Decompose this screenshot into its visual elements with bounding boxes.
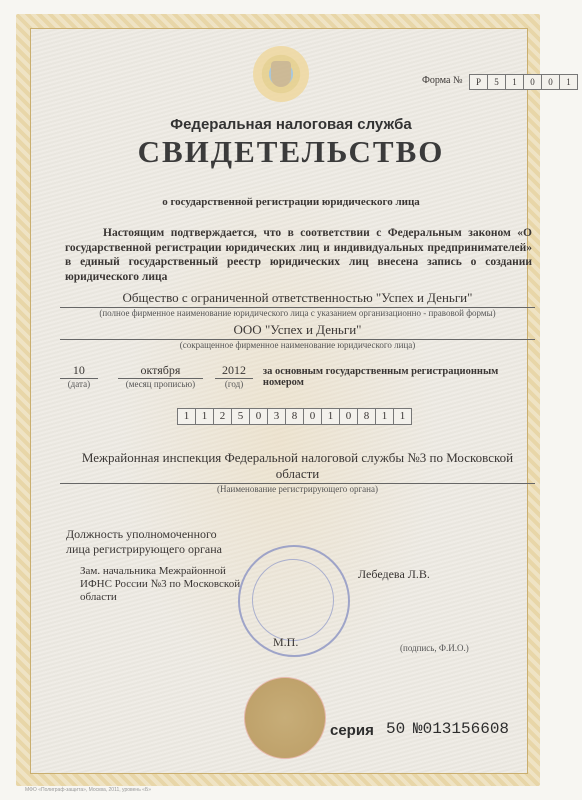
form-number-cell: 1 — [505, 74, 524, 90]
full-name-caption: (полное фирменное наименование юридическ… — [60, 308, 535, 318]
position-label: Должность уполномоченного лица регистрир… — [66, 527, 236, 557]
ogrn-digit-cell: 0 — [303, 408, 322, 425]
series-value: 50 — [386, 720, 405, 738]
date-month: октября (месяц прописью) — [118, 363, 203, 389]
short-name-caption: (сокращенное фирменное наименование юрид… — [60, 340, 535, 350]
ogrn-digit-cell: 8 — [357, 408, 376, 425]
date-day: 10 (дата) — [60, 363, 98, 389]
form-number-cell: 0 — [541, 74, 560, 90]
document-subtitle: о государственной регистрации юридическо… — [0, 196, 582, 208]
date-year: 2012 (год) — [215, 363, 253, 389]
form-number: Р51001 — [470, 74, 578, 90]
authority-value: Межрайонная инспекция Федеральной налого… — [60, 450, 535, 484]
serial-number: №013156608 — [413, 720, 509, 738]
ogrn-digit-cell: 8 — [285, 408, 304, 425]
gold-seal-icon — [244, 677, 326, 759]
form-number-cell: 5 — [487, 74, 506, 90]
ogrn-digit-cell: 0 — [249, 408, 268, 425]
ogrn-digit-cell: 0 — [339, 408, 358, 425]
form-number-cell: 1 — [559, 74, 578, 90]
signer-caption: (подпись, Ф.И.О.) — [400, 643, 469, 653]
ogrn-digit-cell: 1 — [177, 408, 196, 425]
registration-number-label: за основным государственным регистрацион… — [263, 366, 540, 388]
hologram-emblem-icon — [253, 46, 309, 102]
form-number-cell: 0 — [523, 74, 542, 90]
series-label: серия — [330, 722, 374, 739]
ogrn-digit-cell: 1 — [195, 408, 214, 425]
certificate-page: Форма № Р51001 Федеральная налоговая слу… — [0, 0, 582, 800]
document-title: СВИДЕТЕЛЬСТВО — [0, 134, 582, 170]
form-label: Форма № — [422, 75, 463, 86]
printer-note: МФО «Полиграф-защита», Москва, 2011, уро… — [25, 787, 151, 793]
authority-caption: (Наименование регистрирующего органа) — [60, 484, 535, 494]
stamp-place-label: М.П. — [273, 635, 298, 650]
form-number-cell: Р — [469, 74, 488, 90]
ogrn-digit-cell: 5 — [231, 408, 250, 425]
ogrn-digit-cell: 1 — [321, 408, 340, 425]
ogrn-digit-cell: 2 — [213, 408, 232, 425]
ogrn-digit-cell: 1 — [393, 408, 412, 425]
full-name-field: Общество с ограниченной ответственностью… — [60, 290, 535, 318]
agency-name: Федеральная налоговая служба — [0, 116, 582, 133]
ogrn-number: 1125038010811 — [178, 408, 412, 425]
position-value: Зам. начальника Межрайонной ИФНС России … — [80, 565, 245, 604]
confirmation-paragraph: Настоящим подтверждается, что в соответс… — [65, 226, 532, 284]
full-name-value: Общество с ограниченной ответственностью… — [60, 290, 535, 308]
signer-name: Лебедева Л.В. — [358, 567, 430, 582]
short-name-value: ООО "Успех и Деньги" — [60, 322, 535, 340]
ogrn-digit-cell: 1 — [375, 408, 394, 425]
short-name-field: ООО "Успех и Деньги" (сокращенное фирмен… — [60, 322, 535, 350]
authority-field: Межрайонная инспекция Федеральной налого… — [60, 450, 535, 494]
registration-date: 10 (дата) октября (месяц прописью) 2012 … — [60, 363, 540, 389]
ogrn-digit-cell: 3 — [267, 408, 286, 425]
